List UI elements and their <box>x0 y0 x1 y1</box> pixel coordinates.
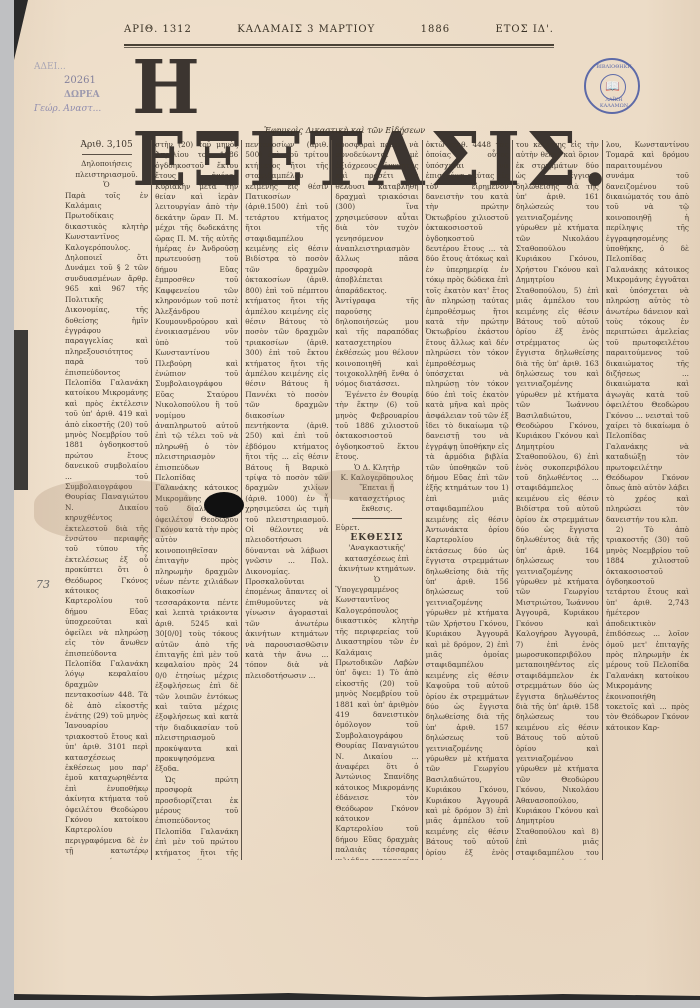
newspaper-subtitle: Ἐφημερὶς Δικαστικὴ καὶ τῶν Εἰδήσεων <box>264 126 425 135</box>
library-stamp-top: ΒΙΒΛΙΟΘΗΚΗ <box>592 64 636 70</box>
column-text: λου, Κωνσταντίνου Τομαρᾶ καὶ δρόμου παρα… <box>606 140 689 525</box>
torn-bottom-edge <box>14 990 700 1000</box>
section-rule <box>352 518 402 519</box>
column-text-2: Ὑπογεγραμμένος Κωνσταντῖνος Καλογερόπουλ… <box>335 585 418 860</box>
column-text: στὴν (20) τοῦ μηνὸς Ἀπριλίου τοῦ 1886 ὀγ… <box>155 140 238 775</box>
column-text-2: 2) Τὸ ἀπὸ τριακοστῆς (30) τοῦ μηνὸς Νοεμ… <box>606 525 689 733</box>
year: 1886 <box>421 24 450 35</box>
section-title: ΕΚΘΕΣΙΣ <box>335 533 418 543</box>
section-subtitle: 'Αναγκαστικῆς' κατασχέσεως ἐπὶ ἀκινήτων … <box>335 543 418 574</box>
column-7: λου, Κωνσταντίνου Τομαρᾶ καὶ δρόμου παρα… <box>602 140 692 860</box>
newspaper-title: Η ΕΞΕΤΑΣΙΣ. <box>132 52 559 124</box>
donor-signature: Γεώρ. Αναστ... <box>34 102 124 116</box>
notice-number: Ἀριθ. 3,105 <box>65 140 148 150</box>
column-text: ὀκτὼ ἀριθ. 4448 τὰς ὁποίας οὗτος ὑπόσχετ… <box>426 140 509 860</box>
water-stain <box>314 470 394 500</box>
torn-corner <box>14 0 28 60</box>
notice-o: Ὁ <box>65 180 148 190</box>
column-text-2: Ὡς πρώτη προσφορὰ προσδιορίζεται ἐκ μέρο… <box>155 775 238 860</box>
column-4: προσφοραὶ πρέπει νὰ συνοδεύωνται μὲ ἀξιό… <box>331 140 421 860</box>
accession-number: 20261 <box>64 74 124 88</box>
column-3: πεντακοσίων (ἀριθ. 500) ἐπὶ τοῦ τρίτου κ… <box>241 140 331 860</box>
stamp-text: ΑΔΕΙ... <box>34 60 124 74</box>
column-6: του κειμένης εἰς τὴν αὐτὴν θέσιν καὶ ὅρι… <box>512 140 602 860</box>
open-book-icon: 📖 <box>605 80 620 92</box>
place-date: ΚΑΛΑΜΑΙΣ 3 ΜΑΡΤΙΟΥ <box>237 24 375 35</box>
marginal-note: 73 <box>36 578 50 591</box>
water-stain <box>34 480 194 540</box>
notice-rule <box>82 154 132 155</box>
section-label: Εὑρετ. <box>335 523 418 533</box>
page-edge-shadow <box>14 330 28 490</box>
masthead-info: ΑΡΙΘ. 1312 ΚΑΛΑΜΑΙΣ 3 ΜΑΡΤΙΟΥ 1886 ΕΤΟΣ … <box>124 24 554 35</box>
column-text: του κειμένης εἰς τὴν αὐτὴν θέσιν καὶ ὅρι… <box>516 140 599 860</box>
volume: ΕΤΟΣ ΙΔ'. <box>495 24 554 35</box>
ink-blot <box>204 492 244 518</box>
column-text: πεντακοσίων (ἀριθ. 500) ἐπὶ τοῦ τρίτου κ… <box>245 140 328 681</box>
newspaper-page: ΑΔΕΙ... 20261 ΔΩΡΕΑ Γεώρ. Αναστ... ΑΡΙΘ.… <box>14 0 700 1000</box>
issue-number: ΑΡΙΘ. 1312 <box>124 24 192 35</box>
section-o: Ὁ <box>335 575 418 585</box>
accession-stamp: ΑΔΕΙ... 20261 ΔΩΡΕΑ Γεώρ. Αναστ... <box>34 60 124 130</box>
notice-intro: Δηλοποιήσεις πλειστηριασμοῦ. <box>65 159 148 180</box>
notice-date: Ἐγένετο ἐν Θουρίᾳ τὴν ἕκτην (6) τοῦ μηνὸ… <box>335 390 418 463</box>
library-stamp: ΒΙΒΛΙΟΘΗΚΗ 📖 ΛΑΪΚΗ ΚΑΛΑΜΩΝ <box>584 58 640 114</box>
donation-label: ΔΩΡΕΑ <box>64 88 124 102</box>
column-5: ὀκτὼ ἀριθ. 4448 τὰς ὁποίας οὗτος ὑπόσχετ… <box>422 140 512 860</box>
column-text: προσφοραὶ πρέπει νὰ συνοδεύωνται μὲ ἀξιό… <box>335 140 418 390</box>
library-stamp-bottom: ΛΑΪΚΗ ΚΑΛΑΜΩΝ <box>592 97 636 109</box>
